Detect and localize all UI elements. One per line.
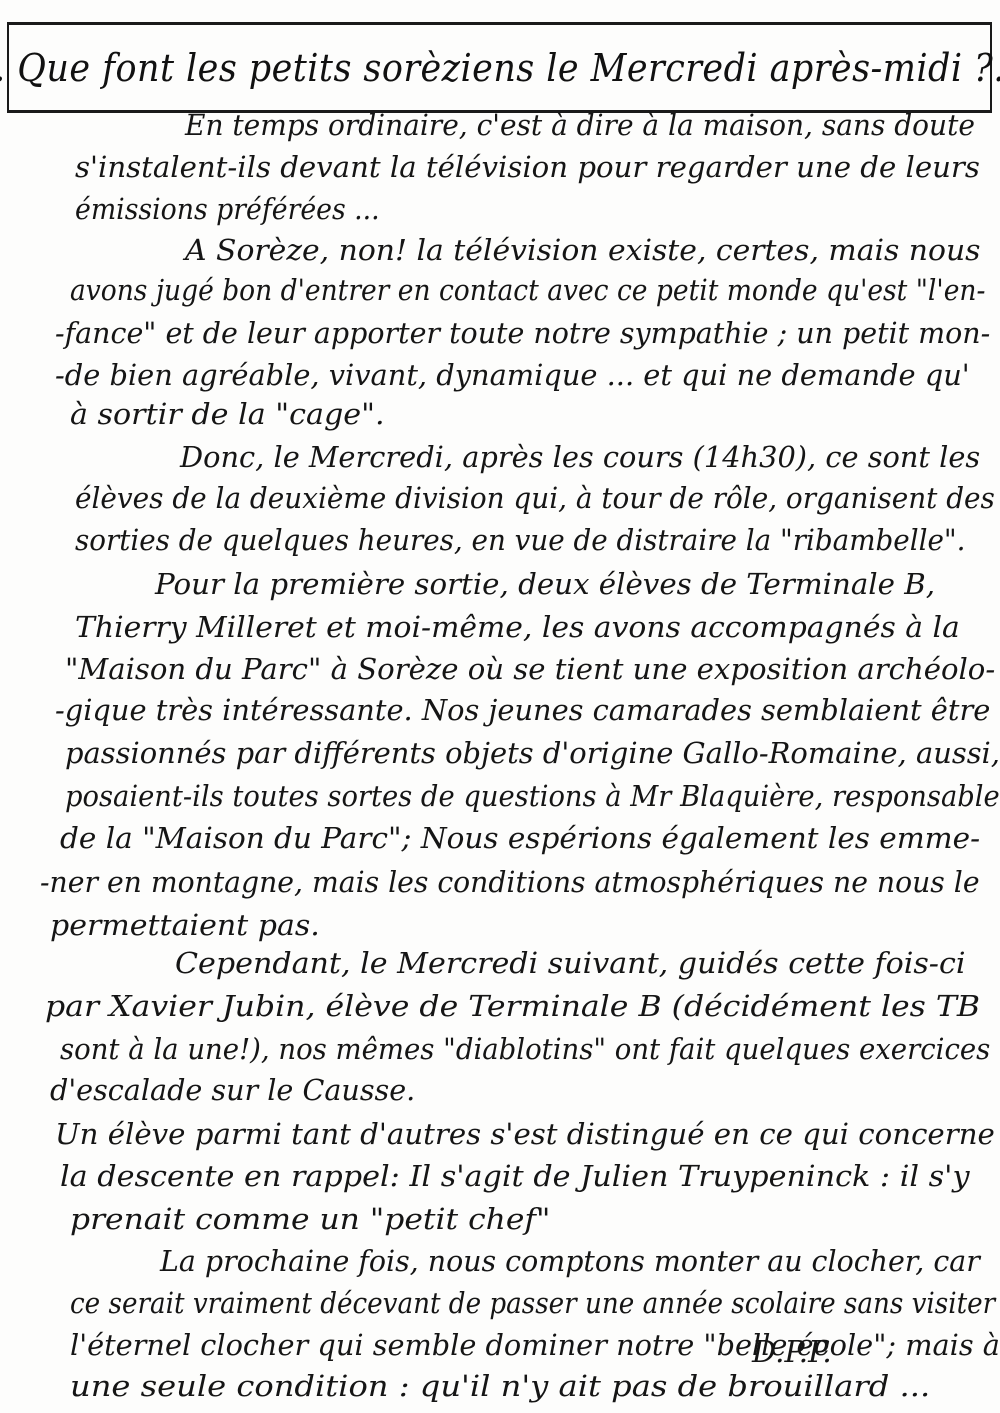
signature: D.P.P. bbox=[752, 1335, 832, 1370]
text-line: -ner en montagne, mais les conditions at… bbox=[40, 862, 980, 902]
text-line: prenait comme un "petit chef" bbox=[70, 1199, 550, 1239]
text-line: sorties de quelques heures, en vue de di… bbox=[75, 520, 965, 560]
text-line: l'éternel clocher qui semble dominer not… bbox=[70, 1325, 1000, 1365]
text-line: par Xavier Jubin, élève de Terminale B (… bbox=[45, 986, 980, 1026]
text-line: avons jugé bon d'entrer en contact avec … bbox=[70, 270, 985, 310]
text-line: s'instalent-ils devant la télévision pou… bbox=[75, 147, 980, 187]
page-title: ... Que font les petits sorèziens le Mer… bbox=[0, 46, 1000, 90]
text-line: la descente en rappel: Il s'agit de Juli… bbox=[60, 1156, 970, 1196]
text-line: passionnés par différents objets d'origi… bbox=[65, 733, 1000, 773]
text-line: à sortir de la "cage". bbox=[70, 394, 385, 434]
text-line: d'escalade sur le Causse. bbox=[50, 1070, 415, 1110]
text-line: La prochaine fois, nous comptons monter … bbox=[160, 1241, 980, 1281]
text-line: posaient-ils toutes sortes de questions … bbox=[65, 776, 1000, 816]
text-line: élèves de la deuxième division qui, à to… bbox=[75, 478, 995, 518]
text-line: Donc, le Mercredi, après les cours (14h3… bbox=[180, 437, 980, 477]
text-line: sont à la une!), nos mêmes "diablotins" … bbox=[60, 1029, 990, 1069]
text-line: -de bien agréable, vivant, dynamique ...… bbox=[55, 355, 970, 395]
text-line: "Maison du Parc" à Sorèze où se tient un… bbox=[65, 649, 995, 689]
text-line: de la "Maison du Parc"; Nous espérions é… bbox=[60, 818, 980, 858]
text-line: En temps ordinaire, c'est à dire à la ma… bbox=[185, 105, 975, 145]
text-line: Pour la première sortie, deux élèves de … bbox=[155, 564, 935, 604]
text-line: -gique très intéressante. Nos jeunes cam… bbox=[55, 690, 990, 730]
text-line: Un élève parmi tant d'autres s'est disti… bbox=[55, 1114, 995, 1154]
text-line: -fance" et de leur apporter toute notre … bbox=[55, 313, 990, 353]
text-line: Cependant, le Mercredi suivant, guidés c… bbox=[175, 943, 965, 983]
text-line: permettaient pas. bbox=[50, 905, 320, 945]
text-line: ce serait vraiment décevant de passer un… bbox=[70, 1283, 995, 1323]
text-line: Thierry Milleret et moi-même, les avons … bbox=[75, 607, 960, 647]
handwritten-page: ... Que font les petits sorèziens le Mer… bbox=[0, 0, 1000, 1413]
text-line: A Sorèze, non! la télévision existe, cer… bbox=[185, 230, 980, 270]
text-line: une seule condition : qu'il n'y ait pas … bbox=[70, 1366, 930, 1406]
title-box: ... Que font les petits sorèziens le Mer… bbox=[7, 22, 992, 113]
text-line: émissions préférées ... bbox=[75, 189, 380, 229]
